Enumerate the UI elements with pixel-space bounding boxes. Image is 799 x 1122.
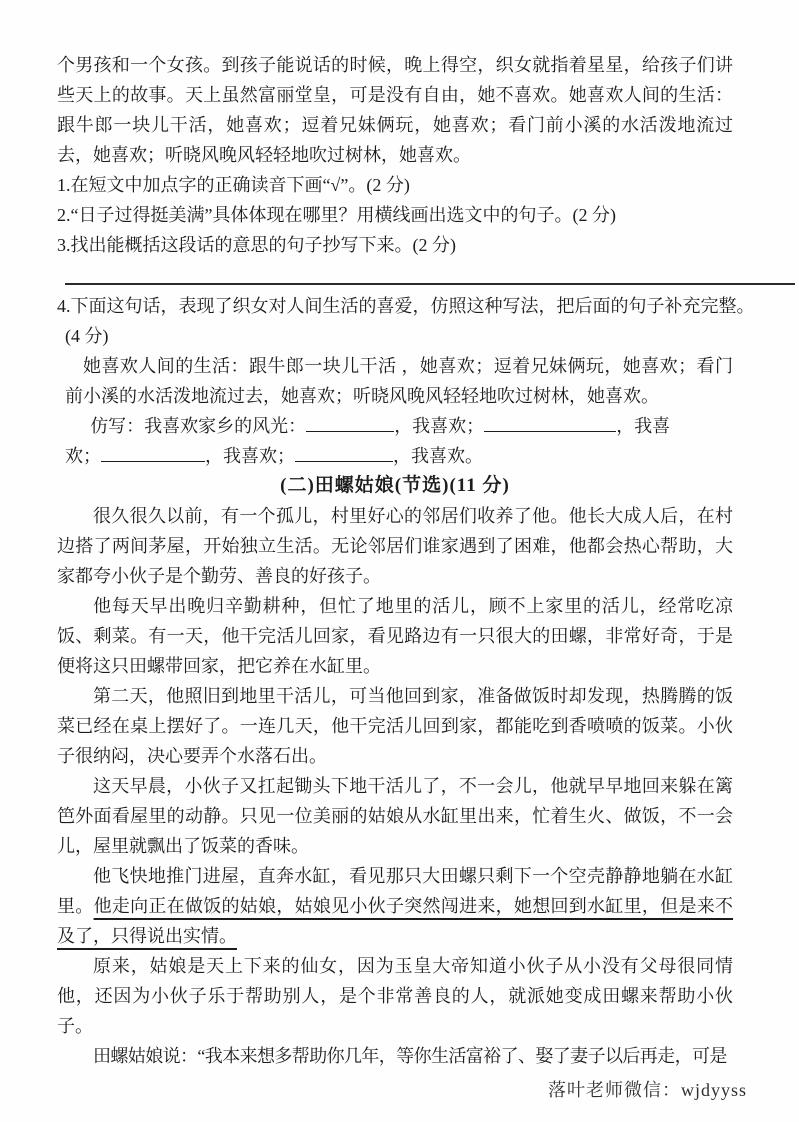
imitation-text: 欢； [65, 446, 101, 466]
blank-line [101, 446, 205, 462]
section-heading: (二)田螺姑娘(节选)(11 分) [57, 471, 733, 501]
page-content: 个男孩和一个女孩。到孩子能说话的时候，晚上得空，织女就指着星星，给孩子们讲些天上… [57, 50, 733, 1071]
story-paragraph: 原来，姑娘是天上下来的仙女，因为玉皇大帝知道小伙子从小没有父母很同情他，还因为小… [57, 951, 733, 1041]
blank-line [484, 416, 616, 432]
passage-continuation: 个男孩和一个女孩。到孩子能说话的时候，晚上得空，织女就指着星星，给孩子们讲些天上… [57, 50, 733, 170]
story-paragraph: 他飞快地推门进屋，直奔水缸，看见那只大田螺只剩下一个空壳静静地躺在水缸里。他走向… [57, 861, 733, 951]
imitation-text: ，我喜欢； [205, 446, 295, 466]
question-4-quote: 她喜欢人间的生活：跟牛郎一块儿干活 ，她喜欢；逗着兄妹俩玩，她喜欢；看门前小溪的… [65, 351, 733, 411]
question-2: 2.“日子过得挺美满”具体体现在哪里？用横线画出选文中的句子。(2 分) [57, 200, 733, 230]
imitation-text: ，我喜 [616, 416, 670, 436]
imitation-line-2: 欢；，我喜欢；，我喜欢。 [65, 441, 733, 471]
section-divider [65, 283, 795, 285]
underlined-sentence: 他走向正在做饭的姑娘，姑娘见小伙子突然闯进来，她想回到水缸里，但是来不及了，只得… [57, 896, 733, 946]
blank-line [295, 446, 393, 462]
story-paragraph: 很久很久以前，有一个孤儿，村里好心的邻居们收养了他。他长大成人后，在村边搭了两间… [57, 501, 733, 591]
story-paragraph: 他每天早出晚归辛勤耕种，但忙了地里的活儿，顾不上家里的活儿，经常吃凉饭、剩菜。有… [57, 591, 733, 681]
imitation-text: 仿写：我喜欢家乡的风光： [90, 416, 306, 436]
footer-note: 落叶老师微信：wjdyyss [57, 1076, 747, 1102]
question-4-score: (4 分) [65, 321, 733, 351]
question-4: 4.下面这句话，表现了织女对人间生活的喜爱，仿照这种写法，把后面的句子补充完整。 [57, 291, 733, 321]
imitation-line-1: 仿写：我喜欢家乡的风光：，我喜欢；，我喜 [65, 411, 733, 441]
exam-page: 个男孩和一个女孩。到孩子能说话的时候，晚上得空，织女就指着星星，给孩子们讲些天上… [0, 0, 799, 1122]
story-paragraph: 这天早晨，小伙子又扛起锄头下地干活儿了，不一会儿，他就早早地回来躲在篱笆外面看屋… [57, 771, 733, 861]
blank-line [306, 416, 394, 432]
question-1: 1.在短文中加点字的正确读音下画“√”。(2 分) [57, 170, 733, 200]
question-3: 3.找出能概括这段话的意思的句子抄写下来。(2 分) [57, 230, 733, 260]
story-paragraph: 第二天，他照旧到地里干活儿，可当他回到家，准备做饭时却发现，热腾腾的饭菜已经在桌… [57, 681, 733, 771]
imitation-text: ，我喜欢； [394, 416, 484, 436]
story-body: 很久很久以前，有一个孤儿，村里好心的邻居们收养了他。他长大成人后，在村边搭了两间… [57, 501, 733, 1071]
story-paragraph: 田螺姑娘说：“我本来想多帮助你几年，等你生活富裕了、娶了妻子以后再走，可是 [57, 1041, 733, 1071]
imitation-text: ，我喜欢。 [393, 446, 483, 466]
